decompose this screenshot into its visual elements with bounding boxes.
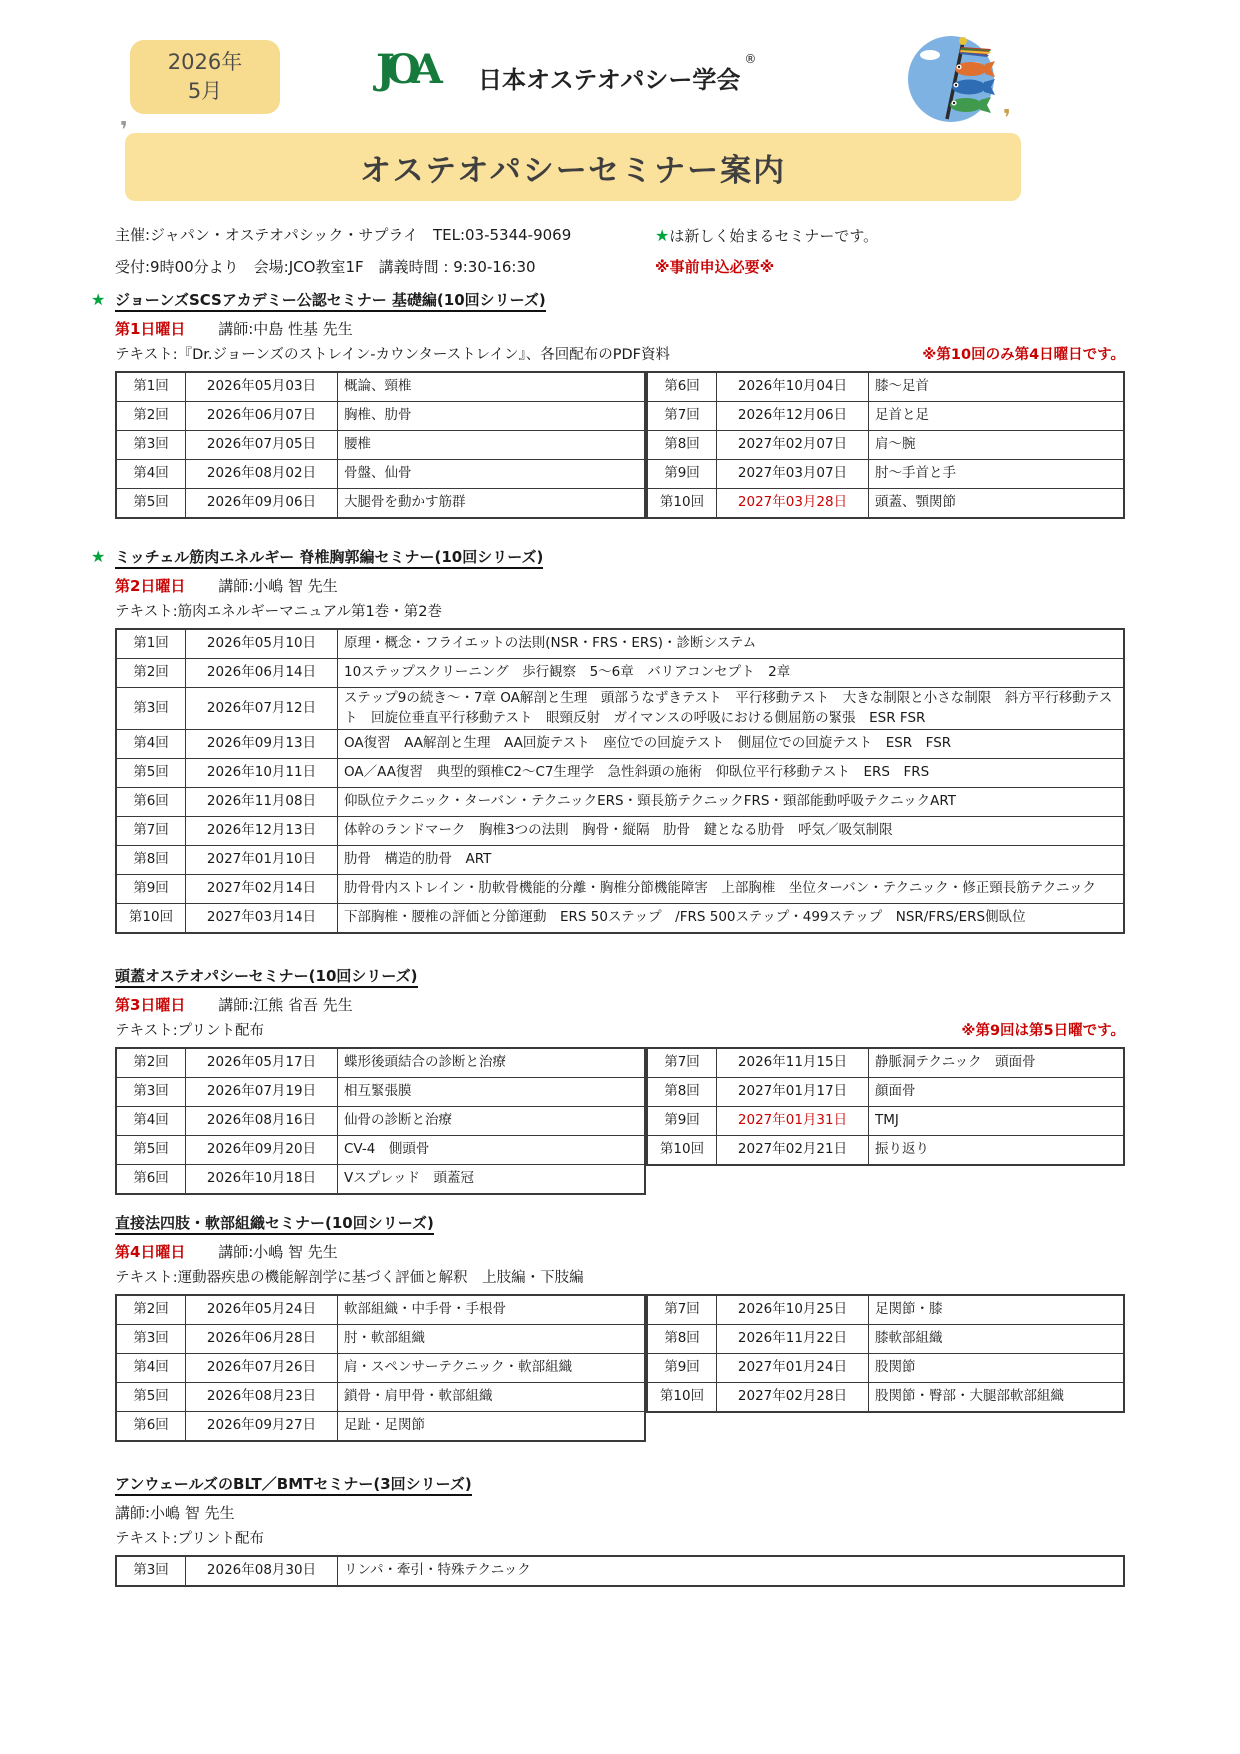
table-row: 第6回2026年09月27日足趾・足関節: [117, 1411, 644, 1440]
session-date: 2026年05月17日: [186, 1049, 338, 1077]
section-title: 直接法四肢・軟部組織セミナー(10回シリーズ): [115, 1214, 434, 1235]
session-topic: 相互緊張膜: [338, 1078, 644, 1106]
session-topic: 肘・軟部組織: [338, 1325, 644, 1353]
session-date: 2027年01月17日: [717, 1078, 869, 1106]
table-row: 第1回2026年05月03日概論、頸椎: [117, 373, 644, 401]
session-date: 2026年05月24日: [186, 1296, 338, 1324]
session-date: 2026年08月23日: [186, 1383, 338, 1411]
session-number: 第6回: [648, 373, 717, 401]
session-date: 2027年03月07日: [717, 460, 869, 488]
session-number: 第6回: [117, 1412, 186, 1440]
session-topic: OA／AA復習 典型的頸椎C2～C7生理学 急性斜頭の施術 仰臥位平行移動テスト…: [338, 759, 1123, 787]
schedule-table-left: 第1回2026年05月03日概論、頸椎第2回2026年06月07日胸椎、肋骨第3…: [115, 371, 646, 519]
session-number: 第8回: [648, 431, 717, 459]
date-badge-year: 2026年: [168, 48, 242, 77]
section-title: ジョーンズSCSアカデミー公認セミナー 基礎編(10回シリーズ): [115, 291, 546, 312]
session-topic: 股関節: [869, 1354, 1123, 1382]
session-number: 第9回: [648, 1354, 717, 1382]
intro-block: 主催:ジャパン・オステオパシック・サプライ TEL:03-5344-9069 ★…: [115, 220, 1125, 283]
date-badge: 2026年 5月: [130, 40, 280, 114]
decor-quote-right: ❜: [1003, 106, 1011, 131]
reception-line: 受付:9時00分より 会場:JCO教室1F 講義時間 : 9:30-16:30: [115, 252, 655, 283]
schedule-table: 第3回2026年08月30日リンパ・牽引・特殊テクニック: [115, 1555, 1125, 1587]
session-topic: 軟部組織・中手骨・手根骨: [338, 1296, 644, 1324]
session-topic: 蝶形後頭結合の診断と治療: [338, 1049, 644, 1077]
session-topic: 胸椎、肋骨: [338, 402, 644, 430]
session-date: 2026年10月18日: [186, 1165, 338, 1193]
day-label: 第4日曜日: [115, 1243, 185, 1261]
star-icon: ★: [655, 226, 669, 245]
session-topic: 骨盤、仙骨: [338, 460, 644, 488]
textbook-info: テキスト:プリント配布: [115, 1018, 264, 1044]
lecturer: 講師:中島 性基 先生: [218, 320, 353, 338]
session-topic: 肋骨 構造的肋骨 ART: [338, 846, 1123, 874]
session-topic: 顔面骨: [869, 1078, 1123, 1106]
session-topic: 仰臥位テクニック・ターバン・テクニックERS・頸長筋テクニックFRS・頸部能動呼…: [338, 788, 1123, 816]
session-topic: 肋骨骨内ストレイン・肋軟骨機能的分離・胸椎分節機能障害 上部胸椎 坐位ターバン・…: [338, 875, 1123, 903]
session-number: 第1回: [117, 373, 186, 401]
session-number: 第3回: [117, 1078, 186, 1106]
session-number: 第2回: [117, 1296, 186, 1324]
table-row: 第9回2027年03月07日肘～手首と手: [648, 459, 1123, 488]
section-heading: アンウェールズのBLT／BMTセミナー(3回シリーズ): [115, 1472, 1125, 1496]
session-number: 第4回: [117, 1354, 186, 1382]
section-heading: ★ ミッチェル筋肉エネルギー 脊椎胸郭編セミナー(10回シリーズ): [115, 545, 1125, 569]
advance-application-note: ※事前申込必要※: [655, 252, 1125, 283]
new-seminar-note-text: は新しく始まるセミナーです。: [669, 227, 878, 245]
session-topic: 足首と足: [869, 402, 1123, 430]
session-date: 2026年09月20日: [186, 1136, 338, 1164]
lecturer: 講師:小嶋 智 先生: [218, 577, 338, 595]
session-number: 第7回: [648, 402, 717, 430]
table-row: 第5回2026年10月11日OA／AA復習 典型的頸椎C2～C7生理学 急性斜頭…: [117, 758, 1123, 787]
session-number: 第6回: [117, 1165, 186, 1193]
table-row: 第3回2026年07月19日相互緊張膜: [117, 1077, 644, 1106]
session-date: 2027年03月14日: [186, 904, 338, 932]
section-heading: ★ ジョーンズSCSアカデミー公認セミナー 基礎編(10回シリーズ): [115, 288, 1125, 312]
session-topic: Vスプレッド 頭蓋冠: [338, 1165, 644, 1193]
schedule-table-left: 第2回2026年05月24日軟部組織・中手骨・手根骨第3回2026年06月28日…: [115, 1294, 646, 1442]
lecturer-line: 講師:小嶋 智 先生: [115, 1500, 1125, 1526]
session-date: 2026年07月26日: [186, 1354, 338, 1382]
session-number: 第5回: [117, 759, 186, 787]
session-topic: 膝～足首: [869, 373, 1123, 401]
session-topic: 仙骨の診断と治療: [338, 1107, 644, 1135]
table-row: 第9回2027年02月14日肋骨骨内ストレイン・肋軟骨機能的分離・胸椎分節機能障…: [117, 874, 1123, 903]
session-topic: 体幹のランドマーク 胸椎3つの法則 胸骨・縦隔 肋骨 鍵となる肋骨 呼気／吸気制…: [338, 817, 1123, 845]
org-name-text: 日本オステオパシー学会: [478, 66, 740, 94]
table-row: 第2回2026年05月17日蝶形後頭結合の診断と治療: [117, 1049, 644, 1077]
session-number: 第4回: [117, 460, 186, 488]
session-topic: 股関節・臀部・大腿部軟部組織: [869, 1383, 1123, 1411]
session-topic: 鎖骨・肩甲骨・軟部組織: [338, 1383, 644, 1411]
session-number: 第10回: [648, 489, 717, 517]
textbook-info: テキスト:『Dr.ジョーンズのストレイン-カウンターストレイン』、各回配布のPD…: [115, 342, 670, 368]
session-topic: 肩・スペンサーテクニック・軟部組織: [338, 1354, 644, 1382]
session-date: 2026年06月28日: [186, 1325, 338, 1353]
table-row: 第2回2026年06月14日10ステップスクリーニング 歩行観察 5～6章 バリ…: [117, 658, 1123, 687]
textbook-info: テキスト:運動器疾患の機能解剖学に基づく評価と解釈 上肢編・下肢編: [115, 1265, 584, 1291]
session-date: 2026年10月25日: [717, 1296, 869, 1324]
session-date: 2026年08月02日: [186, 460, 338, 488]
section-muscle-energy-seminar: ★ ミッチェル筋肉エネルギー 脊椎胸郭編セミナー(10回シリーズ) 第2日曜日 …: [115, 545, 1125, 934]
table-row: 第6回2026年10月04日膝～足首: [648, 373, 1123, 401]
session-number: 第2回: [117, 1049, 186, 1077]
session-number: 第9回: [117, 875, 186, 903]
session-date: 2027年01月10日: [186, 846, 338, 874]
section-title: ミッチェル筋肉エネルギー 脊椎胸郭編セミナー(10回シリーズ): [115, 548, 543, 569]
session-topic: リンパ・牽引・特殊テクニック: [338, 1557, 1123, 1585]
schedule-tables: 第2回2026年05月17日蝶形後頭結合の診断と治療第3回2026年07月19日…: [115, 1047, 1125, 1195]
session-date: 2026年05月10日: [186, 630, 338, 658]
session-number: 第7回: [648, 1049, 717, 1077]
section-heading: 直接法四肢・軟部組織セミナー(10回シリーズ): [115, 1211, 1125, 1235]
table-row: 第1回2026年05月10日原理・概念・フライエットの法則(NSR・FRS・ER…: [117, 630, 1123, 658]
session-topic: 大腿骨を動かす筋群: [338, 489, 644, 517]
session-topic: 腰椎: [338, 431, 644, 459]
section-direct-technique-seminar: 直接法四肢・軟部組織セミナー(10回シリーズ) 第4日曜日 講師:小嶋 智 先生…: [115, 1211, 1125, 1442]
schedule-note: ※第9回は第5日曜です。: [961, 1018, 1125, 1044]
textbook-line: テキスト:『Dr.ジョーンズのストレイン-カウンターストレイン』、各回配布のPD…: [115, 342, 1125, 368]
session-topic: 足趾・足関節: [338, 1412, 644, 1440]
section-title: 頭蓋オステオパシーセミナー(10回シリーズ): [115, 967, 418, 988]
session-date: 2026年12月06日: [717, 402, 869, 430]
day-lecturer-line: 第2日曜日 講師:小嶋 智 先生: [115, 573, 1125, 599]
title-banner: オステオパシーセミナー案内: [125, 133, 1021, 201]
table-row: 第4回2026年09月13日OA復習 AA解剖と生理 AA回旋テスト 座位での回…: [117, 729, 1123, 758]
table-row: 第3回2026年07月05日腰椎: [117, 430, 644, 459]
carp-blue: [952, 79, 995, 95]
table-row: 第4回2026年07月26日肩・スペンサーテクニック・軟部組織: [117, 1353, 644, 1382]
session-date: 2027年02月21日: [717, 1136, 869, 1164]
session-date: 2026年08月16日: [186, 1107, 338, 1135]
table-row: 第10回2027年02月28日股関節・臀部・大腿部軟部組織: [648, 1382, 1123, 1411]
session-topic: CV-4 側頭骨: [338, 1136, 644, 1164]
session-topic: 膝軟部組織: [869, 1325, 1123, 1353]
schedule-table-right: 第6回2026年10月04日膝～足首第7回2026年12月06日足首と足第8回2…: [646, 371, 1125, 519]
page-title: オステオパシーセミナー案内: [360, 145, 786, 190]
session-date: 2026年11月15日: [717, 1049, 869, 1077]
textbook-line: テキスト:プリント配布 ※第9回は第5日曜です。: [115, 1018, 1125, 1044]
day-label: 第3日曜日: [115, 996, 185, 1014]
session-number: 第4回: [117, 730, 186, 758]
schedule-table-right: 第7回2026年11月15日静脈洞テクニック 頭面骨第8回2027年01月17日…: [646, 1047, 1125, 1166]
host-line: 主催:ジャパン・オステオパシック・サプライ TEL:03-5344-9069: [115, 220, 655, 252]
table-row: 第8回2027年02月07日肩～腕: [648, 430, 1123, 459]
session-number: 第8回: [648, 1325, 717, 1353]
koinobori-icon: [903, 33, 999, 125]
session-date: 2027年01月24日: [717, 1354, 869, 1382]
session-date: 2026年12月13日: [186, 817, 338, 845]
session-number: 第10回: [117, 904, 186, 932]
session-topic: 静脈洞テクニック 頭面骨: [869, 1049, 1123, 1077]
table-row: 第10回2027年03月14日下部胸椎・腰椎の評価と分節運動 ERS 50ステッ…: [117, 903, 1123, 932]
session-date: 2026年06月07日: [186, 402, 338, 430]
day-lecturer-line: 第3日曜日 講師:江熊 省吾 先生: [115, 992, 1125, 1018]
session-number: 第5回: [117, 1383, 186, 1411]
table-row: 第6回2026年10月18日Vスプレッド 頭蓋冠: [117, 1164, 644, 1193]
table-row: 第9回2027年01月24日股関節: [648, 1353, 1123, 1382]
session-topic: OA復習 AA解剖と生理 AA回旋テスト 座位での回旋テスト 側屈位での回旋テス…: [338, 730, 1123, 758]
session-number: 第3回: [117, 1325, 186, 1353]
schedule-table-right: 第7回2026年10月25日足関節・膝第8回2026年11月22日膝軟部組織第9…: [646, 1294, 1125, 1413]
table-row: 第9回2027年01月31日TMJ: [648, 1106, 1123, 1135]
session-number: 第2回: [117, 659, 186, 687]
day-lecturer-line: 第4日曜日 講師:小嶋 智 先生: [115, 1239, 1125, 1265]
table-row: 第8回2027年01月10日肋骨 構造的肋骨 ART: [117, 845, 1123, 874]
schedule-tables: 第1回2026年05月03日概論、頸椎第2回2026年06月07日胸椎、肋骨第3…: [115, 371, 1125, 519]
table-row: 第4回2026年08月16日仙骨の診断と治療: [117, 1106, 644, 1135]
day-lecturer-line: 第1日曜日 講師:中島 性基 先生: [115, 316, 1125, 342]
schedule-tables: 第2回2026年05月24日軟部組織・中手骨・手根骨第3回2026年06月28日…: [115, 1294, 1125, 1442]
session-date: 2026年10月11日: [186, 759, 338, 787]
lecturer: 講師:江熊 省吾 先生: [218, 996, 353, 1014]
table-row: 第3回2026年07月12日ステップ9の続き～・7章 OA解剖と生理 頭部うなず…: [117, 687, 1123, 729]
section-cranial-seminar: 頭蓋オステオパシーセミナー(10回シリーズ) 第3日曜日 講師:江熊 省吾 先生…: [115, 964, 1125, 1195]
textbook-line: テキスト:運動器疾患の機能解剖学に基づく評価と解釈 上肢編・下肢編: [115, 1265, 1125, 1291]
table-row: 第7回2026年10月25日足関節・膝: [648, 1296, 1123, 1324]
session-topic: 足関節・膝: [869, 1296, 1123, 1324]
schedule-table: 第1回2026年05月10日原理・概念・フライエットの法則(NSR・FRS・ER…: [115, 628, 1125, 934]
session-number: 第5回: [117, 489, 186, 517]
table-row: 第2回2026年05月24日軟部組織・中手骨・手根骨: [117, 1296, 644, 1324]
lecturer: 講師:小嶋 智 先生: [115, 1504, 235, 1522]
session-topic: 原理・概念・フライエットの法則(NSR・FRS・ERS)・診断システム: [338, 630, 1123, 658]
session-date: 2026年08月30日: [186, 1557, 338, 1585]
table-row: 第5回2026年08月23日鎖骨・肩甲骨・軟部組織: [117, 1382, 644, 1411]
schedule-table-left: 第2回2026年05月17日蝶形後頭結合の診断と治療第3回2026年07月19日…: [115, 1047, 646, 1195]
table-row: 第10回2027年02月21日振り返り: [648, 1135, 1123, 1164]
session-number: 第7回: [648, 1296, 717, 1324]
session-topic: 下部胸椎・腰椎の評価と分節運動 ERS 50ステップ /FRS 500ステップ・…: [338, 904, 1123, 932]
session-date: 2026年09月27日: [186, 1412, 338, 1440]
table-row: 第7回2026年12月13日体幹のランドマーク 胸椎3つの法則 胸骨・縦隔 肋骨…: [117, 816, 1123, 845]
session-date: 2027年02月14日: [186, 875, 338, 903]
section-title: アンウェールズのBLT／BMTセミナー(3回シリーズ): [115, 1475, 472, 1496]
session-number: 第3回: [117, 1557, 186, 1585]
registered-mark: ®: [744, 52, 756, 66]
session-date: 2026年06月14日: [186, 659, 338, 687]
session-date: 2026年11月08日: [186, 788, 338, 816]
session-topic: 10ステップスクリーニング 歩行観察 5～6章 バリアコンセプト 2章: [338, 659, 1123, 687]
session-topic: 肩～腕: [869, 431, 1123, 459]
session-topic: TMJ: [869, 1107, 1123, 1135]
table-row: 第2回2026年06月07日胸椎、肋骨: [117, 401, 644, 430]
session-number: 第8回: [648, 1078, 717, 1106]
star-icon: ★: [91, 288, 105, 312]
day-label: 第2日曜日: [115, 577, 185, 595]
session-number: 第10回: [648, 1383, 717, 1411]
table-row: 第10回2027年03月28日頭蓋、顎関節: [648, 488, 1123, 517]
session-date: 2026年10月04日: [717, 373, 869, 401]
table-row: 第5回2026年09月06日大腿骨を動かす筋群: [117, 488, 644, 517]
session-date: 2026年09月06日: [186, 489, 338, 517]
session-number: 第1回: [117, 630, 186, 658]
table-row: 第3回2026年06月28日肘・軟部組織: [117, 1324, 644, 1353]
session-number: 第8回: [117, 846, 186, 874]
session-number: 第5回: [117, 1136, 186, 1164]
table-row: 第6回2026年11月08日仰臥位テクニック・ターバン・テクニックERS・頸長筋…: [117, 787, 1123, 816]
section-blt-bmt-seminar: アンウェールズのBLT／BMTセミナー(3回シリーズ) 講師:小嶋 智 先生 テ…: [115, 1472, 1125, 1587]
session-topic: 頭蓋、顎関節: [869, 489, 1123, 517]
textbook-info: テキスト:プリント配布: [115, 1526, 264, 1552]
section-heading: 頭蓋オステオパシーセミナー(10回シリーズ): [115, 964, 1125, 988]
textbook-info: テキスト:筋肉エネルギーマニュアル第1巻・第2巻: [115, 599, 442, 625]
seminar-notice-page: 2026年 5月 JOA 日本オステオパシー学会®: [0, 0, 1240, 1754]
session-number: 第9回: [648, 460, 717, 488]
table-row: 第8回2026年11月22日膝軟部組織: [648, 1324, 1123, 1353]
session-topic: ステップ9の続き～・7章 OA解剖と生理 頭部うなずきテスト 平行移動テスト 大…: [338, 688, 1123, 729]
session-date: 2026年05月03日: [186, 373, 338, 401]
session-date: 2026年11月22日: [717, 1325, 869, 1353]
session-number: 第9回: [648, 1107, 717, 1135]
session-number: 第10回: [648, 1136, 717, 1164]
session-date: 2027年01月31日: [717, 1107, 869, 1135]
schedule-note: ※第10回のみ第4日曜日です。: [922, 342, 1125, 368]
session-topic: 概論、頸椎: [338, 373, 644, 401]
session-number: 第3回: [117, 688, 186, 729]
session-number: 第4回: [117, 1107, 186, 1135]
session-number: 第7回: [117, 817, 186, 845]
session-date: 2026年09月13日: [186, 730, 338, 758]
session-date: 2026年07月19日: [186, 1078, 338, 1106]
table-row: 第5回2026年09月20日CV-4 側頭骨: [117, 1135, 644, 1164]
session-date: 2027年02月07日: [717, 431, 869, 459]
new-seminar-note: ★は新しく始まるセミナーです。: [655, 220, 1125, 252]
session-date: 2027年02月28日: [717, 1383, 869, 1411]
date-badge-month: 5月: [188, 77, 222, 106]
section-scs-seminar: ★ ジョーンズSCSアカデミー公認セミナー 基礎編(10回シリーズ) 第1日曜日…: [115, 288, 1125, 519]
session-date: 2026年07月05日: [186, 431, 338, 459]
table-row: 第8回2027年01月17日顔面骨: [648, 1077, 1123, 1106]
textbook-line: テキスト:筋肉エネルギーマニュアル第1巻・第2巻: [115, 599, 1125, 625]
table-row: 第3回2026年08月30日リンパ・牽引・特殊テクニック: [117, 1557, 1123, 1585]
session-topic: 肘～手首と手: [869, 460, 1123, 488]
session-date: 2026年07月12日: [186, 688, 338, 729]
table-row: 第7回2026年11月15日静脈洞テクニック 頭面骨: [648, 1049, 1123, 1077]
session-date: 2027年03月28日: [717, 489, 869, 517]
session-number: 第6回: [117, 788, 186, 816]
session-number: 第3回: [117, 431, 186, 459]
table-row: 第4回2026年08月02日骨盤、仙骨: [117, 459, 644, 488]
org-title: 日本オステオパシー学会®: [478, 60, 752, 95]
day-label: 第1日曜日: [115, 320, 185, 338]
session-topic: 振り返り: [869, 1136, 1123, 1164]
lecturer: 講師:小嶋 智 先生: [218, 1243, 338, 1261]
table-row: 第7回2026年12月06日足首と足: [648, 401, 1123, 430]
joa-logo: JOA: [376, 50, 434, 90]
star-icon: ★: [91, 545, 105, 569]
sections-content: ★ ジョーンズSCSアカデミー公認セミナー 基礎編(10回シリーズ) 第1日曜日…: [115, 288, 1125, 1587]
textbook-line: テキスト:プリント配布: [115, 1526, 1125, 1552]
session-number: 第2回: [117, 402, 186, 430]
